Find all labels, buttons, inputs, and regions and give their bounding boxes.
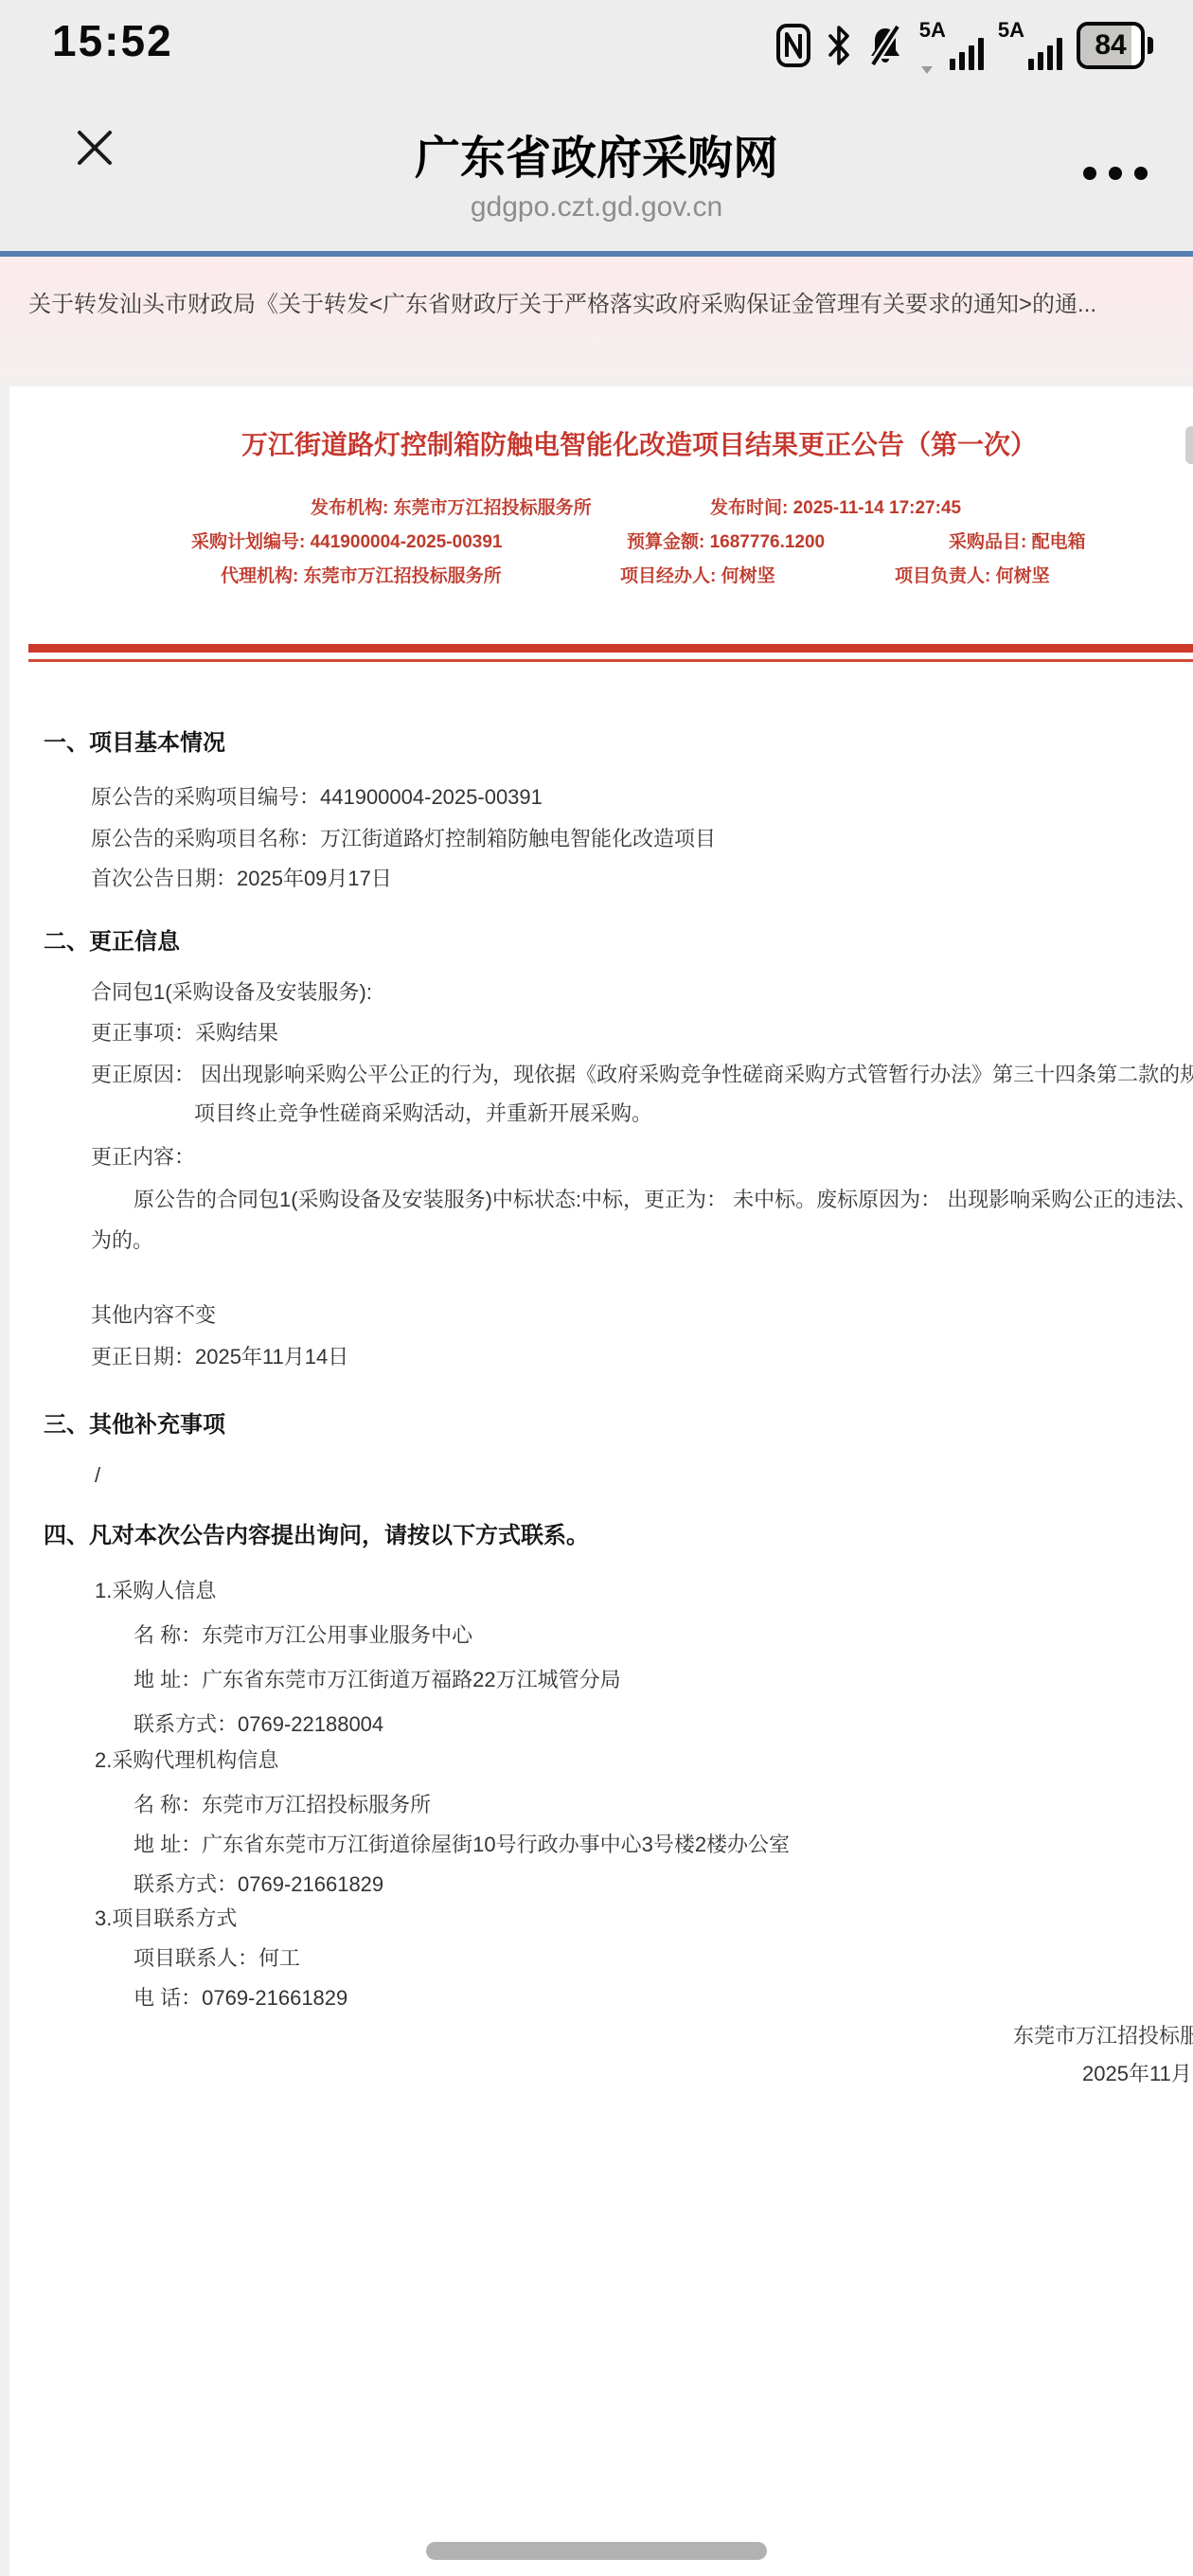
battery-nub xyxy=(1148,37,1153,54)
doc-line: 为的。 xyxy=(91,1227,153,1254)
nfc-icon xyxy=(775,23,812,68)
section-3-heading: 三、其他补充事项 xyxy=(44,1412,225,1439)
meta-publish-time: 发布时间: 2025-11-14 17:27:45 xyxy=(710,494,961,523)
meta-manager: 项目负责人: 何树坚 xyxy=(895,563,1050,591)
meta-publisher: 发布机构: 东莞市万江招投标服务所 xyxy=(311,494,592,523)
status-icons: 5A 5A 84 xyxy=(775,19,1153,72)
doc-line: 更正日期：2025年11月14日 xyxy=(91,1344,348,1370)
section-1-heading: 一、项目基本情况 xyxy=(44,730,225,757)
red-divider-thin xyxy=(28,659,1193,662)
signal-bars xyxy=(1028,38,1062,70)
notice-bar[interactable]: 关于转发汕头市财政局《关于转发<广东省财政厅关于严格落实政府采购保证金管理有关要… xyxy=(0,257,1193,378)
doc-line: 联系方式：0769-22188004 xyxy=(134,1711,383,1738)
doc-line: 更正原因： 因出现影响采购公平公正的行为，现依据《政府采购竞争性磋商采购方式管暂… xyxy=(91,1062,1193,1088)
doc-line: 名 称：东莞市万江招投标服务所 xyxy=(134,1792,431,1818)
home-indicator[interactable] xyxy=(426,2542,767,2560)
announcement-title: 万江街道路灯控制箱防触电智能化改造项目结果更正公告（第一次） xyxy=(9,424,1193,462)
doc-line: 1.采购人信息 xyxy=(95,1578,216,1604)
browser-header: 广东省政府采购网 gdgpo.czt.gd.gov.cn xyxy=(0,85,1193,251)
meta-category: 采购品目: 配电箱 xyxy=(949,528,1086,557)
doc-line: 更正事项：采购结果 xyxy=(91,1020,278,1046)
meta-budget: 预算金额: 1687776.1200 xyxy=(627,528,825,557)
doc-line: 原公告的采购项目编号：441900004-2025-00391 xyxy=(91,784,543,811)
bell-slash-icon xyxy=(865,23,905,68)
doc-line: 原公告的采购项目名称：万江街道路灯控制箱防触电智能化改造项目 xyxy=(91,826,716,852)
doc-line: 更正内容： xyxy=(91,1144,195,1171)
bluetooth-icon xyxy=(827,23,851,68)
doc-line: / xyxy=(95,1462,100,1489)
doc-line: 其他内容不变 xyxy=(91,1302,216,1329)
meta-handler: 项目经办人: 何树坚 xyxy=(620,563,775,591)
ellipsis-menu-icon[interactable] xyxy=(1083,167,1148,180)
phone-screen: 15:52 5A 5A xyxy=(0,0,1193,2576)
page-url: gdgpo.czt.gd.gov.cn xyxy=(0,191,1193,224)
notice-text: 关于转发汕头市财政局《关于转发<广东省财政厅关于严格落实政府采购保证金管理有关要… xyxy=(28,285,1174,318)
doc-line: 3.项目联系方式 xyxy=(95,1905,237,1932)
red-divider-thick xyxy=(28,644,1193,653)
clock: 15:52 xyxy=(52,15,173,66)
signal-bars-icon-sim2: 5A xyxy=(998,21,1062,70)
meta-agency: 代理机构: 东莞市万江招投标服务所 xyxy=(221,563,502,591)
signal-bars-icon-sim1: 5A xyxy=(919,21,984,70)
network-type-label: 5A xyxy=(919,21,946,40)
network-activity-arrow-icon xyxy=(921,66,933,74)
network-type-label: 5A xyxy=(998,21,1024,40)
battery-percent: 84 xyxy=(1095,29,1126,62)
status-bar: 15:52 5A 5A xyxy=(0,0,1193,85)
doc-line: 合同包1(采购设备及安装服务): xyxy=(91,979,372,1006)
doc-line: 项目终止竞争性磋商采购活动，并重新开展采购。 xyxy=(194,1100,652,1127)
battery-icon: 84 xyxy=(1077,22,1153,69)
doc-line: 电 话：0769-21661829 xyxy=(134,1985,347,2012)
page-title: 广东省政府采购网 xyxy=(0,121,1193,187)
floating-widget-sliver[interactable] xyxy=(1185,426,1193,464)
doc-line: 地 址：广东省东莞市万江街道徐屋街10号行政办事中心3号楼2楼办公室 xyxy=(134,1832,790,1858)
doc-line: 原公告的合同包1(采购设备及安装服务)中标状态:中标，更正为： 未中标。废标原因… xyxy=(134,1187,1193,1213)
doc-line: 项目联系人：何工 xyxy=(134,1945,300,1972)
announcement-document: 万江街道路灯控制箱防触电智能化改造项目结果更正公告（第一次） 发布机构: 东莞市… xyxy=(9,386,1193,2576)
signature-org: 东莞市万江招投标服务所 xyxy=(1013,2023,1193,2049)
doc-line: 2.采购代理机构信息 xyxy=(95,1747,278,1774)
section-2-heading: 二、更正信息 xyxy=(44,929,180,956)
doc-line: 首次公告日期：2025年09月17日 xyxy=(91,866,392,892)
doc-line: 名 称：东莞市万江公用事业服务中心 xyxy=(134,1622,472,1649)
signal-bars xyxy=(950,38,984,70)
meta-plan-no: 采购计划编号: 441900004-2025-00391 xyxy=(191,528,502,557)
signature-date: 2025年11月14日 xyxy=(1082,2061,1193,2087)
section-4-heading: 四、凡对本次公告内容提出询问，请按以下方式联系。 xyxy=(44,1523,589,1549)
doc-line: 地 址：广东省东莞市万江街道万福路22万江城管分局 xyxy=(134,1667,621,1693)
doc-line: 联系方式：0769-21661829 xyxy=(134,1871,383,1898)
